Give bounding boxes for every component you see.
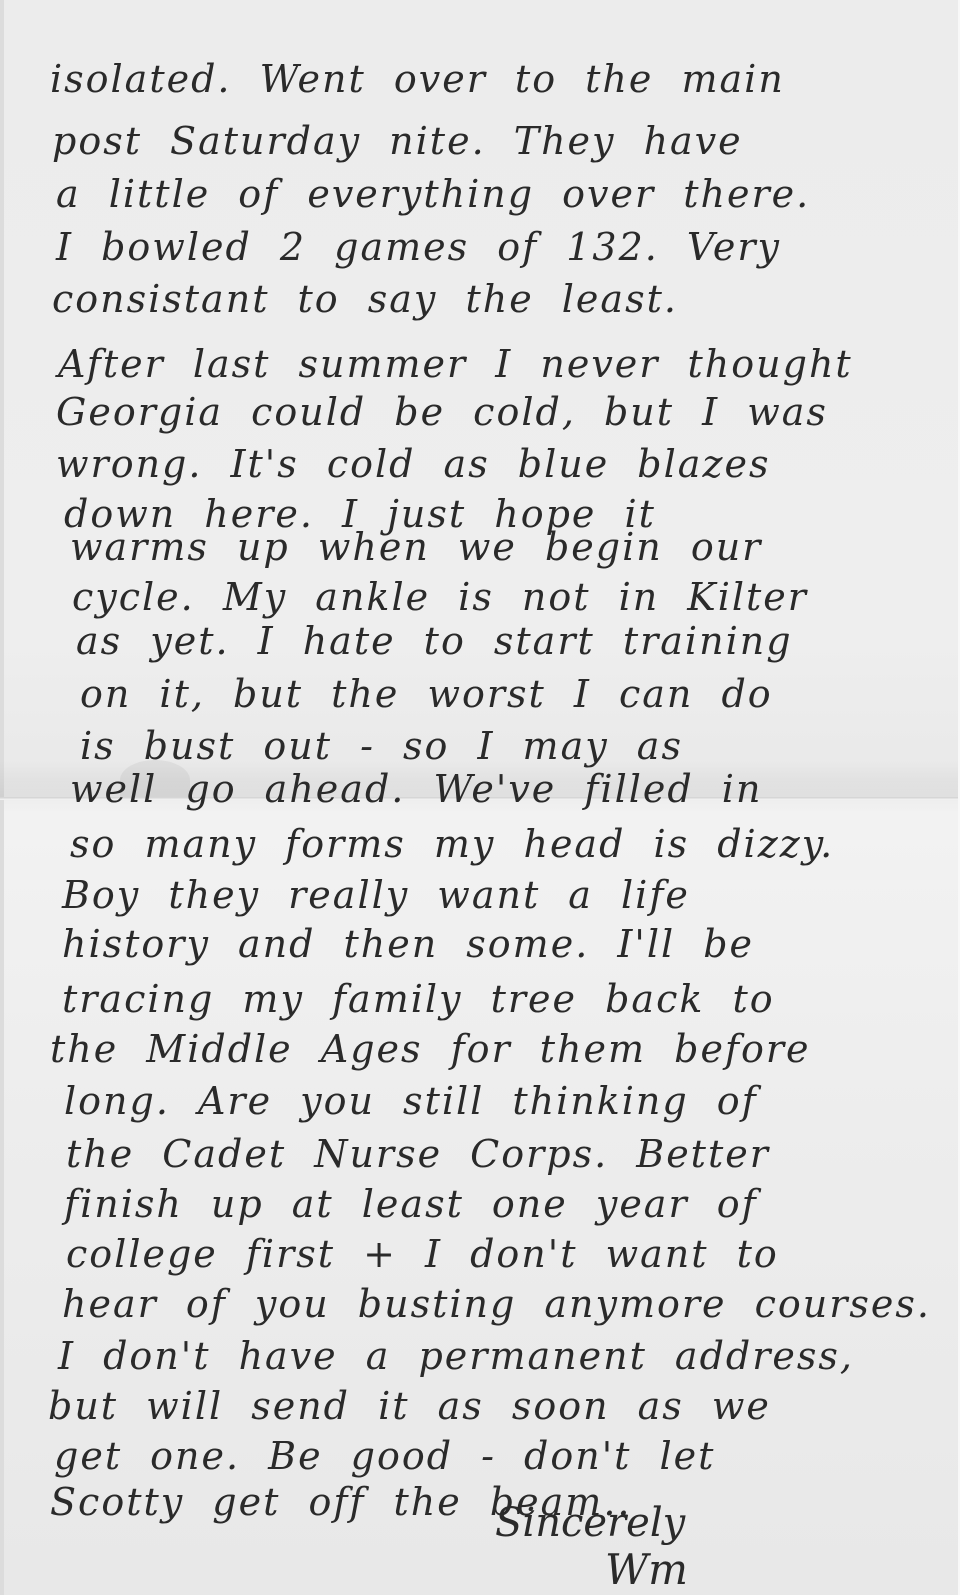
letter-line-13: on it, but the worst I can do	[80, 675, 773, 713]
letter-line-17: Boy they really want a life	[62, 876, 690, 914]
letter-line-21: long. Are you still thinking of	[64, 1082, 758, 1120]
letter-line-11: cycle. My ankle is not in Kilter	[72, 578, 808, 616]
letter-line-28: get one. Be good - don't let	[54, 1437, 715, 1475]
letter-line-14: is bust out - so I may as	[80, 727, 683, 765]
letter-line-2: post Saturday nite. They have	[52, 122, 743, 160]
letter-line-18: history and then some. I'll be	[62, 925, 754, 963]
letter-line-15: well go ahead. We've filled in	[70, 770, 762, 808]
letter-line-26: I don't have a permanent address,	[58, 1337, 854, 1375]
letter-line-24: college first + I don't want to	[66, 1235, 779, 1273]
letter-line-1: isolated. Went over to the main	[50, 60, 785, 98]
letter-line-12: as yet. I hate to start training	[76, 622, 793, 660]
letter-line-16: so many forms my head is dizzy.	[70, 825, 834, 863]
letter-line-7: Georgia could be cold, but I was	[56, 393, 828, 431]
letter-line-6: After last summer I never thought	[58, 345, 853, 383]
letter-line-5: consistant to say the least.	[52, 280, 678, 318]
letter-line-3: a little of everything over there.	[56, 175, 810, 213]
letter-line-20: the Middle Ages for them before	[50, 1030, 811, 1068]
letter-closing: Sincerely	[495, 1500, 685, 1546]
letter-line-4: I bowled 2 games of 132. Very	[56, 228, 781, 266]
letter-line-8: wrong. It's cold as blue blazes	[56, 445, 770, 483]
letter-line-27: but will send it as soon as we	[48, 1387, 771, 1425]
letter-signature: Wm	[605, 1545, 688, 1594]
letter-line-23: finish up at least one year of	[64, 1185, 758, 1223]
letter-line-19: tracing my family tree back to	[62, 980, 775, 1018]
letter-line-22: the Cadet Nurse Corps. Better	[66, 1135, 770, 1173]
letter-page: isolated. Went over to the main post Sat…	[0, 0, 960, 1595]
letter-line-10: warms up when we begin our	[70, 528, 762, 566]
letter-line-25: hear of you busting anymore courses.	[62, 1285, 931, 1323]
